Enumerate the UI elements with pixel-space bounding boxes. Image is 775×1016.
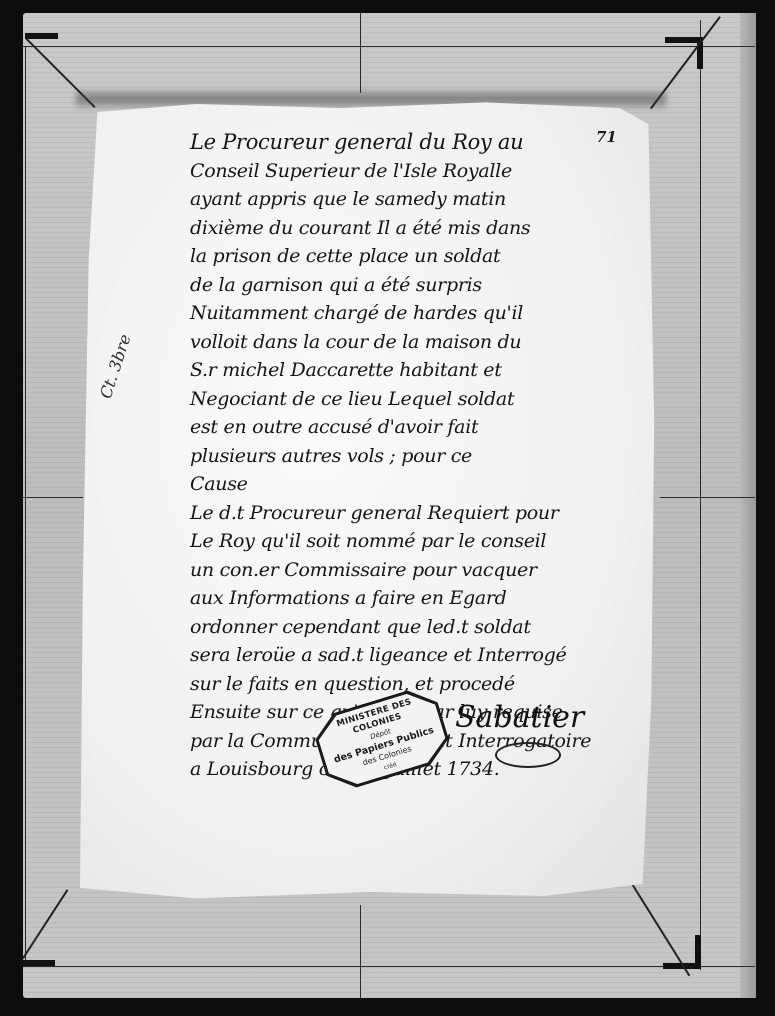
corner-mark-bottom-right-v xyxy=(695,935,701,969)
frame-line-mid-v-bottom xyxy=(360,905,361,998)
frame-line-bottom xyxy=(23,966,755,967)
text-line: S.r michel Daccarette habitant et xyxy=(190,356,650,385)
text-line: est en outre accusé d'avoir fait xyxy=(190,413,650,442)
text-line: un con.er Commissaire pour vacquer xyxy=(190,556,650,585)
text-line: Negociant de ce lieu Lequel soldat xyxy=(190,385,650,414)
signature: Sabatier xyxy=(455,700,584,735)
text-line: Conseil Superieur de l'Isle Royalle xyxy=(190,157,650,186)
text-line: Le Procureur general du Roy au xyxy=(190,128,650,157)
frame-line-right xyxy=(700,20,701,970)
text-line: de la garnison qui a été surpris xyxy=(190,271,650,300)
frame-line-left xyxy=(25,46,26,966)
manuscript-text: Le Procureur general du Roy au Conseil S… xyxy=(190,128,650,784)
text-line: dixième du courant Il a été mis dans xyxy=(190,214,650,243)
text-line: sera leroüe a sad.t ligeance et Interrog… xyxy=(190,641,650,670)
frame-line-mid-v xyxy=(360,13,361,93)
text-line: Le d.t Procureur general Requiert pour xyxy=(190,499,650,528)
text-line: ordonner cependant que led.t soldat xyxy=(190,613,650,642)
text-line: plusieurs autres vols ; pour ce xyxy=(190,442,650,471)
text-line: la prison de cette place un soldat xyxy=(190,242,650,271)
frame-line-top xyxy=(23,46,755,47)
text-line: aux Informations a faire en Egard xyxy=(190,584,650,613)
corner-mark-bottom-left xyxy=(23,960,55,966)
frame-line-mid-h-right xyxy=(660,497,755,498)
text-line: Nuitamment chargé de hardes qu'il xyxy=(190,299,650,328)
text-line: ayant appris que le samedy matin xyxy=(190,185,650,214)
text-line: Cause xyxy=(190,470,650,499)
frame-line-mid-h xyxy=(23,497,83,498)
text-line: volloit dans la cour de la maison du xyxy=(190,328,650,357)
board-edge xyxy=(740,13,756,998)
corner-mark-top-left xyxy=(25,33,58,39)
text-line: Le Roy qu'il soit nommé par le conseil xyxy=(190,527,650,556)
text-line: sur le faits en question, et procedé xyxy=(190,670,650,699)
signature-flourish xyxy=(495,742,561,768)
